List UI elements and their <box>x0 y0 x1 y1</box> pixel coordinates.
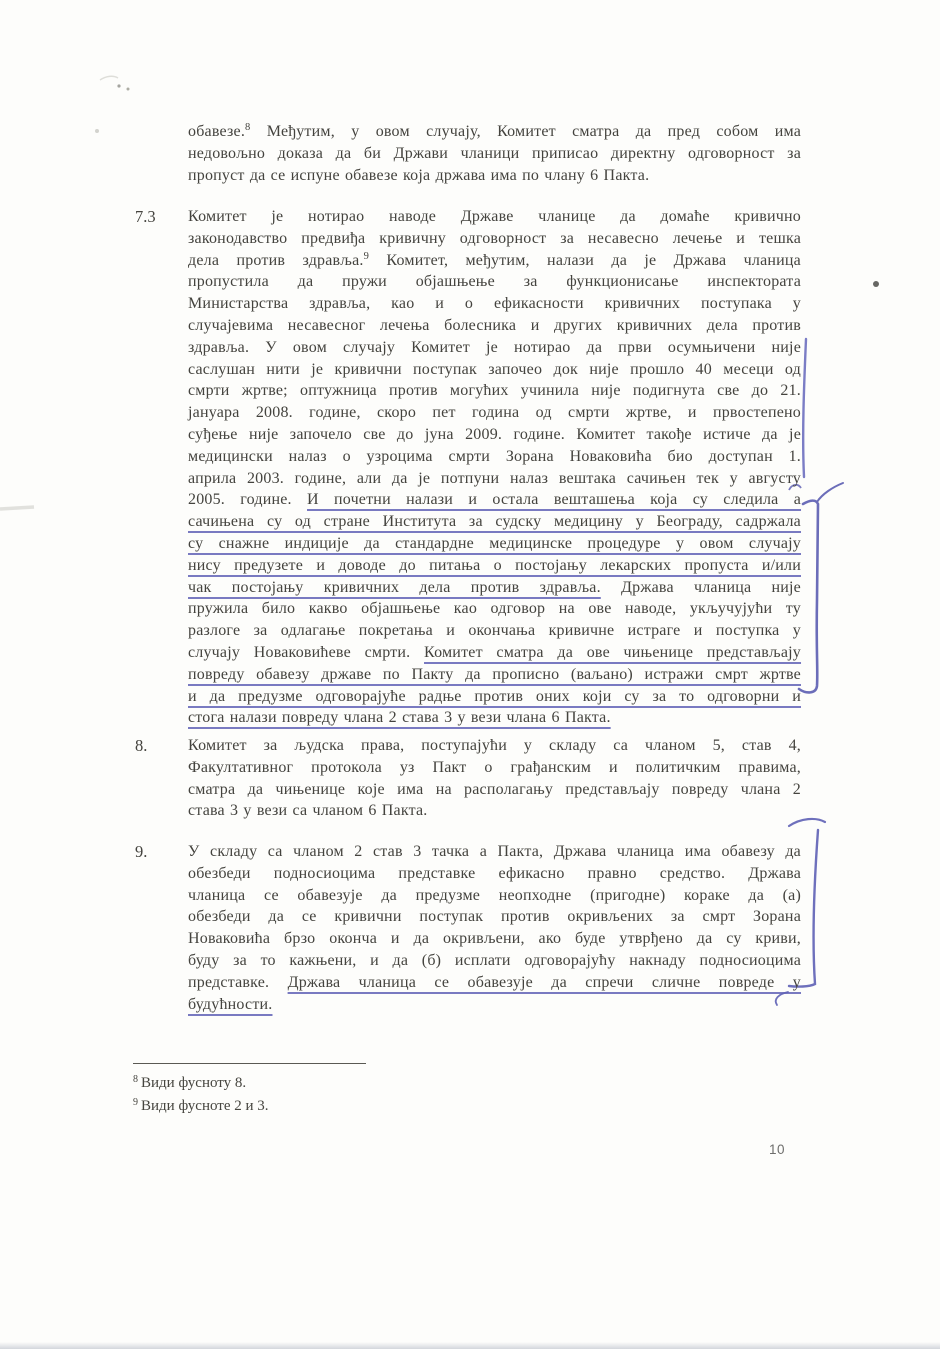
text-segment: буду за то кажњени, и да (б) исплати одг… <box>188 952 801 969</box>
text-line: будућности. <box>188 994 801 1016</box>
text-segment: јануара 2008. године, скоро пет година о… <box>188 404 801 421</box>
footnote-text: Види фусноту 8. <box>141 1075 246 1091</box>
text-line: смрти жртве; оптужница против могућих уч… <box>188 380 801 402</box>
text-line: случају Новаковићеве смрти. Комитет смат… <box>188 642 801 664</box>
text-line: обезбеди подносиоцима представке ефикасн… <box>188 863 801 885</box>
paragraph-number: 8. <box>135 735 183 757</box>
page-number: 10 <box>769 1142 785 1157</box>
text-line: чланица се обавезује да предузме неопход… <box>188 885 801 907</box>
text-line: става 3 у вези са чланом 6 Пакта. <box>188 800 801 822</box>
footnote-8: 8Види фусноту 8. <box>133 1072 553 1095</box>
text-line: суђење није започело све до јуна 2009. г… <box>188 424 801 446</box>
pen-underlined-text: И почетни налази и остала вешташења која… <box>307 491 801 508</box>
text-segment: здравља. У овом случају Комитет је нотир… <box>188 339 801 356</box>
text-line: јануара 2008. године, скоро пет година о… <box>188 402 801 424</box>
text-line: априла 2003. године, али да је потпуни н… <box>188 468 801 490</box>
text-line: медицински налаз о узроцима смрти Зорана… <box>188 446 801 468</box>
text-line: нису предузете и доводе до питања о пост… <box>188 555 801 577</box>
text-segment: сматра да чињенице које има на располага… <box>188 781 801 798</box>
text-segment: Комитет за људска права, поступајући у с… <box>188 737 801 754</box>
text-segment: законодавство предвиђа кривичну одговорн… <box>188 230 801 247</box>
text-line: су снажне индиције да стандардне медицин… <box>188 533 801 555</box>
pen-underlined-text: Комитет сматра да ове чињенице представљ… <box>424 644 801 661</box>
text-segment: Новаковића брзо оконча и да окривљени, а… <box>188 930 801 947</box>
text-segment: представке. <box>188 974 288 991</box>
text-segment: априла 2003. године, али да је потпуни н… <box>188 470 801 487</box>
text-segment: Министарства здравља, као и о ефикасност… <box>188 295 801 312</box>
text-line: здравља. У овом случају Комитет је нотир… <box>188 337 801 359</box>
text-line: стога налази повреду члана 2 става 3 у в… <box>188 707 801 729</box>
text-segment: пропуст да се испуне обавезе која држава… <box>188 167 649 184</box>
paragraph-number: 9. <box>135 841 183 863</box>
footnote-rule <box>133 1063 366 1064</box>
text-line: Комитет је нотирао наводе Државе чланице… <box>188 206 801 228</box>
pen-underlined-text: нису предузете и доводе до питања о пост… <box>188 557 801 574</box>
text-line: пропуст да се испуне обавезе која држава… <box>188 165 801 187</box>
text-line: разлоге за одлагање покретања и окончања… <box>188 620 801 642</box>
text-segment: суђење није започело све до јуна 2009. г… <box>188 426 801 443</box>
footnote-9: 9Види фусноте 2 и 3. <box>133 1095 553 1118</box>
text-line: Министарства здравља, као и о ефикасност… <box>188 293 801 315</box>
text-line: представке. Држава чланица се обавезује … <box>188 972 801 994</box>
footnote-marker: 9 <box>133 1097 138 1108</box>
text-segment: пропустила да пружи објашњење за функцио… <box>188 273 801 290</box>
text-segment: Факултативног протокола уз Пакт о грађан… <box>188 759 801 776</box>
left-edge-smudge <box>0 507 34 509</box>
footnotes: 8Види фусноту 8. 9Види фусноте 2 и 3. <box>133 1063 553 1117</box>
text-segment: Међутим, у овом случају, Комитет сматра … <box>250 123 801 140</box>
text-line: 2005. године. И почетни налази и остала … <box>188 489 801 511</box>
text-segment: У складу са чланом 2 став 3 тачка а Пакт… <box>188 843 801 860</box>
text-line: Факултативног протокола уз Пакт о грађан… <box>188 757 801 779</box>
pen-underlined-text: повреду обавезу државе по Пакту да пропи… <box>188 666 801 683</box>
text-segment: обезбеди да се кривични поступак против … <box>188 908 801 925</box>
text-line: обавезе.8 Међутим, у овом случају, Комит… <box>188 121 801 143</box>
text-segment: пружила било какво објашњење као одговор… <box>188 600 801 617</box>
text-segment: обезбеди подносиоцима представке ефикасн… <box>188 865 801 882</box>
paragraph-number: 7.3 <box>135 206 183 228</box>
corner-smudges <box>95 76 130 133</box>
paragraph-text: Комитет за људска права, поступајући у с… <box>188 735 801 822</box>
margin-line-paragraph-7-3 <box>803 339 806 477</box>
pen-underlined-text: будућности. <box>188 996 272 1013</box>
text-line: чак постојању кривичних дела против здра… <box>188 577 801 599</box>
text-line: буду за то кажњени, и да (б) исплати одг… <box>188 950 801 972</box>
text-segment: обавезе. <box>188 123 245 140</box>
text-segment: смрти жртве; оптужница против могућих уч… <box>188 382 801 399</box>
text-line: случајевима несавесног лечења болесника … <box>188 315 801 337</box>
paragraph-text: У складу са чланом 2 став 3 тачка а Пакт… <box>188 841 801 1015</box>
text-segment: чланица се обавезује да предузме неопход… <box>188 887 801 904</box>
scan-edge-shadow <box>0 1342 940 1349</box>
text-line: саслушан нити је кривични поступак започ… <box>188 359 801 381</box>
pen-underlined-text: чак постојању кривичних дела против здра… <box>188 579 601 596</box>
pen-underlined-text: су снажне индиције да стандардне медицин… <box>188 535 801 552</box>
text-line: недовољно доказа да би Држави чланици пр… <box>188 143 801 165</box>
text-line: и да предузме одговорајуће радње против … <box>188 686 801 708</box>
pen-underlined-text: стога налази повреду члана 2 става 3 у в… <box>188 709 611 726</box>
text-segment: става 3 у вези са чланом 6 Пакта. <box>188 802 428 819</box>
text-segment: недовољно доказа да би Држави чланици пр… <box>188 145 801 162</box>
margin-bracket-paragraph-7-3 <box>799 483 843 692</box>
text-segment: 2005. године. <box>188 491 307 508</box>
text-segment: Комитет је нотирао наводе Државе чланице… <box>188 208 801 225</box>
text-line: пружила било какво објашњење као одговор… <box>188 598 801 620</box>
text-line: Новаковића брзо оконча и да окривљени, а… <box>188 928 801 950</box>
text-line: У складу са чланом 2 став 3 тачка а Пакт… <box>188 841 801 863</box>
text-segment: медицински налаз о узроцима смрти Зорана… <box>188 448 801 465</box>
stray-dot <box>873 281 879 287</box>
pen-underlined-text: Држава чланица се обавезује да спречи сл… <box>288 974 801 991</box>
footnote-text: Види фусноте 2 и 3. <box>141 1098 269 1114</box>
text-segment: разлоге за одлагање покретања и окончања… <box>188 622 801 639</box>
text-line: законодавство предвиђа кривичну одговорн… <box>188 228 801 250</box>
text-line: пропустила да пружи објашњење за функцио… <box>188 271 801 293</box>
pen-underlined-text: сачињена су од стране Института за судск… <box>188 513 801 530</box>
text-segment: случајевима несавесног лечења болесника … <box>188 317 801 334</box>
text-segment: дела против здравља. <box>188 252 364 269</box>
text-line: Комитет за људска права, поступајући у с… <box>188 735 801 757</box>
text-segment: Држава чланица није <box>601 579 801 596</box>
text-segment: случају Новаковићеве смрти. <box>188 644 424 661</box>
pen-underlined-text: и да предузме одговорајуће радње против … <box>188 688 801 705</box>
text-segment: саслушан нити је кривични поступак започ… <box>188 361 801 378</box>
paragraph-text: обавезе.8 Међутим, у овом случају, Комит… <box>188 121 801 186</box>
text-line: повреду обавезу државе по Пакту да пропи… <box>188 664 801 686</box>
document-page: обавезе.8 Међутим, у овом случају, Комит… <box>0 0 940 1349</box>
paragraph-text: Комитет је нотирао наводе Државе чланице… <box>188 206 801 729</box>
text-line: обезбеди да се кривични поступак против … <box>188 906 801 928</box>
text-line: сматра да чињенице које има на располага… <box>188 779 801 801</box>
text-segment: Комитет, међутим, налази да је Држава чл… <box>369 252 801 269</box>
text-line: сачињена су од стране Института за судск… <box>188 511 801 533</box>
text-line: дела против здравља.9 Комитет, међутим, … <box>188 250 801 272</box>
footnote-marker: 8 <box>133 1074 138 1085</box>
